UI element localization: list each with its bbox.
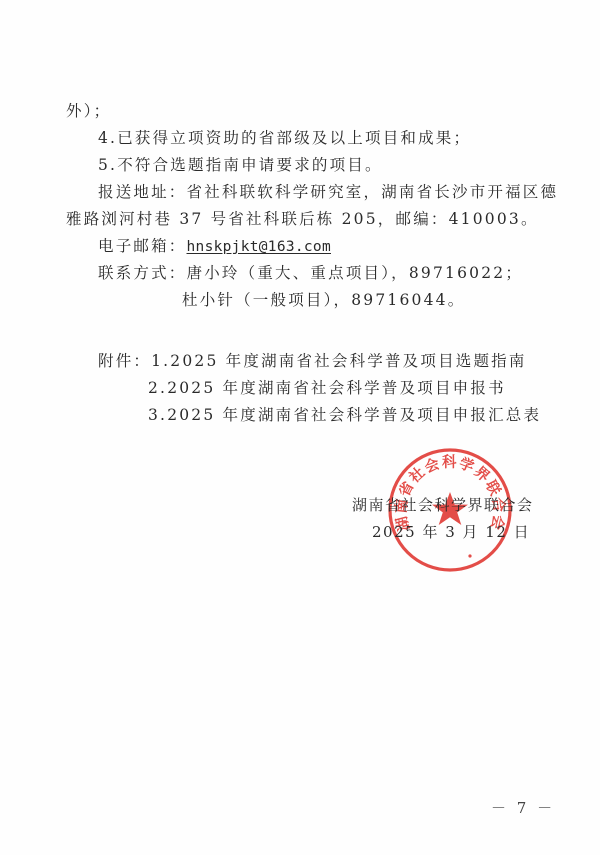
email-link[interactable]: hnskpjkt@163.com [187, 239, 331, 255]
list-item-4: 4.已获得立项资助的省部级及以上项目和成果； [98, 128, 471, 148]
signature-organization: 湖南省社会科学界联合会 [352, 494, 534, 515]
attachment-item: 1.2025 年度湖南省社会科学普及项目选题指南 [151, 352, 526, 370]
attachment-item: 2.2025 年度湖南省社会科学普及项目申报书 [148, 378, 506, 398]
page-number: － 7 － [491, 797, 555, 818]
contact-row-2: 杜小针（一般项目），89716044。 [182, 290, 465, 310]
email-row: 电子邮箱：hnskpjkt@163.com [98, 236, 331, 257]
document-page: 外）； 4.已获得立项资助的省部级及以上项目和成果； 5.不符合选题指南申请要求… [0, 0, 600, 855]
contact-label: 联系方式： [98, 264, 187, 282]
attachment-row-1: 附件：1.2025 年度湖南省社会科学普及项目选题指南 [98, 351, 527, 371]
text-line-continuation: 外）； [66, 101, 111, 121]
email-label: 电子邮箱： [98, 237, 187, 255]
attachment-item: 3.2025 年度湖南省社会科学普及项目申报汇总表 [148, 405, 541, 425]
attachments-label: 附件： [98, 352, 151, 370]
address-line-2: 雅路浏河村巷 37 号省社科联后栋 205，邮编：410003。 [66, 209, 539, 229]
list-item-5: 5.不符合选题指南申请要求的项目。 [98, 155, 383, 175]
contact-tang: 唐小玲（重大、重点项目），89716022； [187, 264, 524, 282]
signature-date: 2025 年 3 月 12 日 [372, 521, 530, 542]
contact-row-1: 联系方式：唐小玲（重大、重点项目），89716022； [98, 263, 523, 283]
address-line-1: 报送地址：省社科联软科学研究室，湖南省长沙市开福区德 [98, 182, 558, 202]
